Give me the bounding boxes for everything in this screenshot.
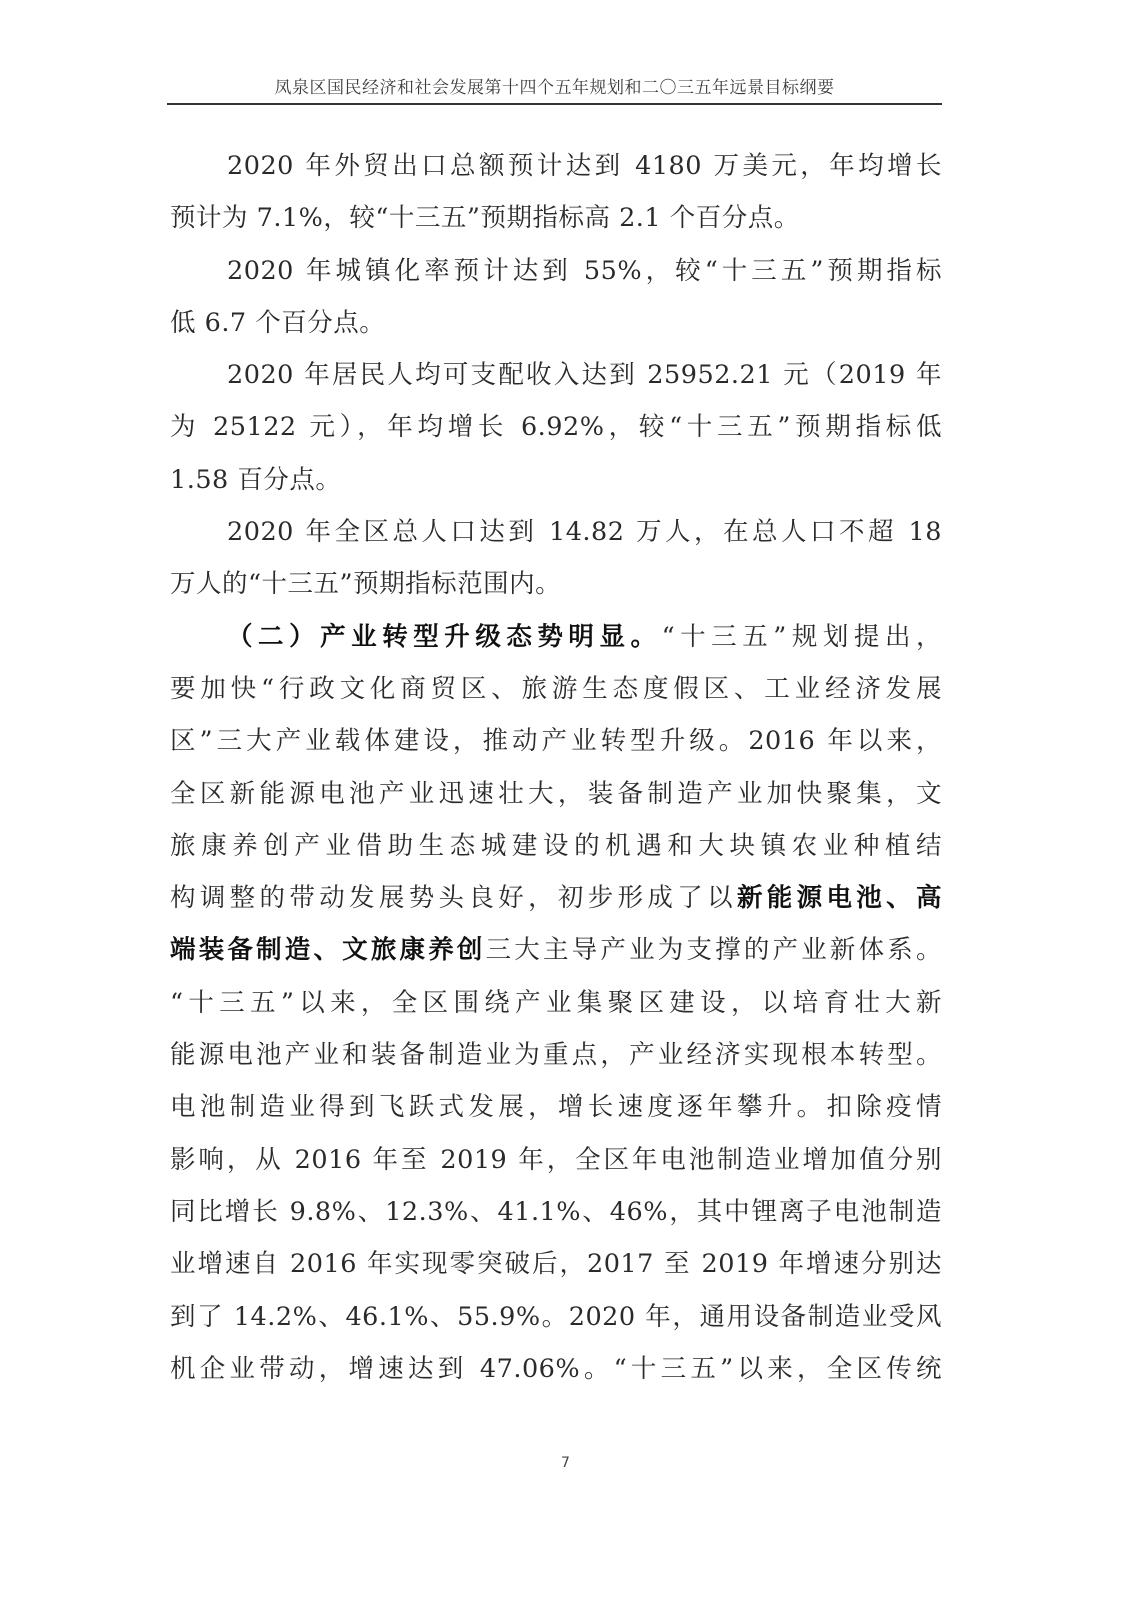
paragraph-industry-transformation: （二）产业转型升级态势明显。“十三五”规划提出， 要加快“行政文化商贸区、旅游生… bbox=[170, 611, 942, 1395]
text-line: 到了 14.2%、46.1%、55.9%。2020 年，通用设备制造业受风 bbox=[170, 1291, 942, 1343]
emphasis-text: 新能源电池、高 bbox=[737, 883, 942, 913]
text-span: 构调整的带动发展势头良好，初步形成了以 bbox=[170, 883, 737, 913]
text-line: 2020 年外贸出口总额预计达到 4180 万美元，年均增长 bbox=[170, 140, 942, 192]
text-line: 全区新能源电池产业迅速壮大，装备制造产业加快聚集，文 bbox=[170, 768, 942, 820]
text-line: 构调整的带动发展势头良好，初步形成了以新能源电池、高 bbox=[170, 872, 942, 924]
text-line: 影响，从 2016 年至 2019 年，全区年电池制造业增加值分别 bbox=[170, 1134, 942, 1186]
body-text: 2020 年外贸出口总额预计达到 4180 万美元，年均增长 预计为 7.1%，… bbox=[170, 140, 942, 1395]
text-line: 低 6.7 个百分点。 bbox=[170, 297, 942, 349]
page-number: 7 bbox=[0, 1455, 1131, 1471]
text-line: 能源电池产业和装备制造业为重点，产业经济实现根本转型。 bbox=[170, 1029, 942, 1081]
text-line: （二）产业转型升级态势明显。“十三五”规划提出， bbox=[170, 611, 942, 663]
text-line: “十三五”以来，全区围绕产业集聚区建设，以培育壮大新 bbox=[170, 977, 942, 1029]
text-line: 预计为 7.1%，较“十三五”预期指标高 2.1 个百分点。 bbox=[170, 192, 942, 244]
text-line: 2020 年居民人均可支配收入达到 25952.21 元（2019 年 bbox=[170, 349, 942, 401]
paragraph-population: 2020 年全区总人口达到 14.82 万人，在总人口不超 18 万人的“十三五… bbox=[170, 506, 942, 611]
text-line: 旅康养创产业借助生态城建设的机遇和大块镇农业种植结 bbox=[170, 820, 942, 872]
text-line: 2020 年城镇化率预计达到 55%，较“十三五”预期指标 bbox=[170, 245, 942, 297]
section-heading: （二）产业转型升级态势明显。 bbox=[227, 622, 662, 652]
text-line: 1.58 百分点。 bbox=[170, 454, 942, 506]
text-span: 三大主导产业为支撑的产业新体系。 bbox=[486, 935, 942, 965]
running-header: 凤泉区国民经济和社会发展第十四个五年规划和二〇三五年远景目标纲要 bbox=[167, 74, 942, 104]
text-line: 业增速自 2016 年实现零突破后，2017 至 2019 年增速分别达 bbox=[170, 1238, 942, 1290]
text-line: 要加快“行政文化商贸区、旅游生态度假区、工业经济发展 bbox=[170, 663, 942, 715]
paragraph-urbanization: 2020 年城镇化率预计达到 55%，较“十三五”预期指标 低 6.7 个百分点… bbox=[170, 245, 942, 350]
text-line: 机企业带动，增速达到 47.06%。“十三五”以来，全区传统 bbox=[170, 1343, 942, 1395]
text-line: 区”三大产业载体建设，推动产业转型升级。2016 年以来， bbox=[170, 715, 942, 767]
text-line: 同比增长 9.8%、12.3%、41.1%、46%，其中锂离子电池制造 bbox=[170, 1186, 942, 1238]
paragraph-export: 2020 年外贸出口总额预计达到 4180 万美元，年均增长 预计为 7.1%，… bbox=[170, 140, 942, 245]
text-line: 电池制造业得到飞跃式发展，增长速度逐年攀升。扣除疫情 bbox=[170, 1081, 942, 1133]
text-span: “十三五”规划提出， bbox=[662, 622, 942, 652]
text-line: 为 25122 元），年均增长 6.92%，较“十三五”预期指标低 bbox=[170, 401, 942, 453]
text-line: 端装备制造、文旅康养创三大主导产业为支撑的产业新体系。 bbox=[170, 924, 942, 976]
text-line: 万人的“十三五”预期指标范围内。 bbox=[170, 558, 942, 610]
text-line: 2020 年全区总人口达到 14.82 万人，在总人口不超 18 bbox=[170, 506, 942, 558]
emphasis-text: 端装备制造、文旅康养创 bbox=[170, 935, 486, 965]
paragraph-income: 2020 年居民人均可支配收入达到 25952.21 元（2019 年 为 25… bbox=[170, 349, 942, 506]
header-rule bbox=[167, 103, 942, 105]
